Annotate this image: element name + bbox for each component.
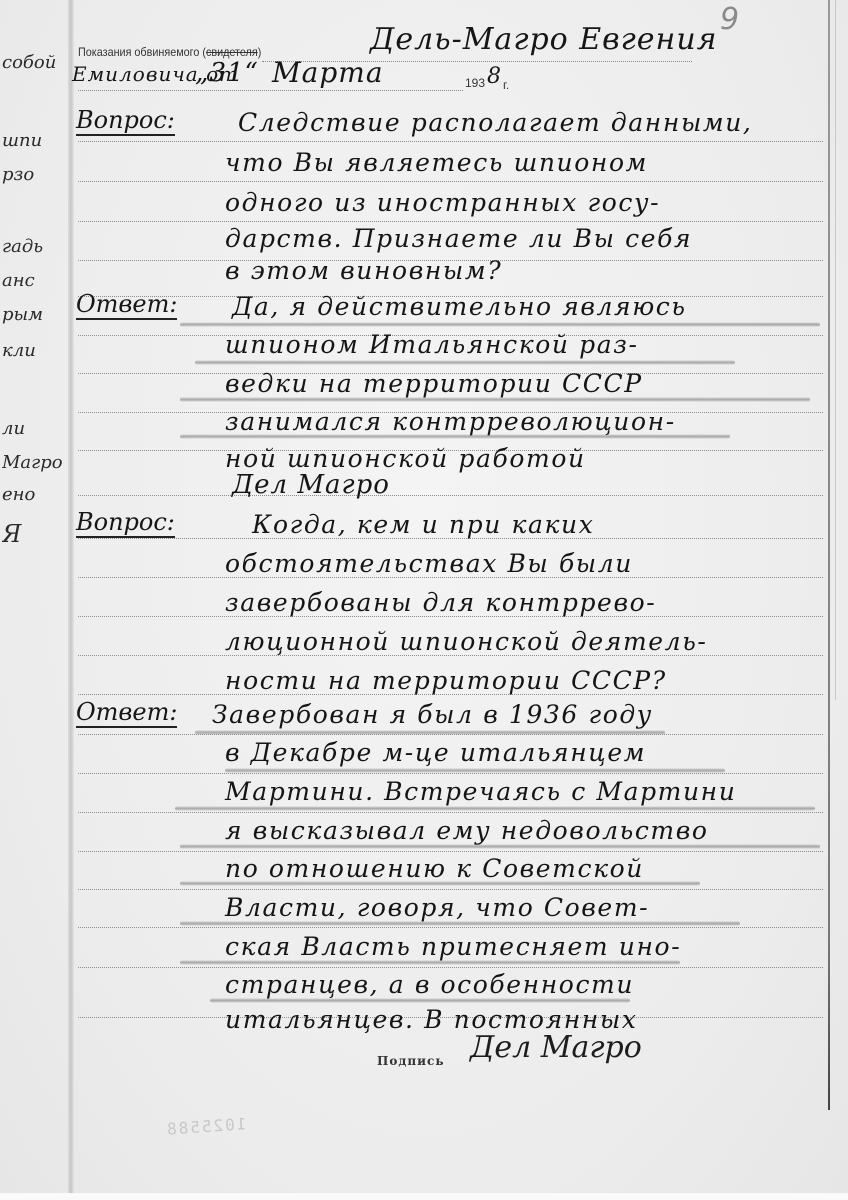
- pencil-underline: [225, 768, 725, 773]
- margin-fragment: рзо: [2, 164, 68, 185]
- right-margin-rule-faint: [835, 0, 836, 700]
- answer-label: Ответ:: [76, 698, 177, 726]
- text-line: Завербован я был в 1936 году: [212, 700, 653, 729]
- ruled-line: [78, 495, 823, 496]
- text-line: Власти, говоря, что Совет-: [225, 893, 649, 922]
- text-line: одного из иностранных госу-: [225, 188, 660, 217]
- text-line: я высказывал ему недовольство: [225, 816, 709, 845]
- ruled-line: [78, 851, 823, 852]
- pencil-underline: [175, 806, 815, 811]
- text-line: ская Власть притесняет ино-: [225, 932, 681, 961]
- pencil-underline: [180, 881, 700, 886]
- text-line: обстоятельствах Вы были: [225, 549, 633, 578]
- text-line: занимался контрреволюцион-: [225, 407, 676, 436]
- document-page: 9 собой шпи рзо гадь анс рым кли ли Магр…: [0, 0, 848, 1200]
- faint-stamp-number: 1025588: [164, 1114, 247, 1139]
- pencil-underline: [180, 921, 740, 926]
- text-line: завербованы для контррево-: [225, 588, 656, 617]
- text-line: ности на территории СССР?: [225, 666, 667, 695]
- ruled-line: [78, 90, 463, 91]
- pencil-underline: [180, 322, 820, 327]
- margin-fragment: ли: [2, 418, 68, 439]
- pencil-underline: [180, 960, 680, 965]
- question-label: Вопрос:: [76, 508, 175, 536]
- text-line: ной шпионской работой: [225, 444, 586, 473]
- form-header-label: Показания обвиняемого (свидетеля): [78, 45, 261, 59]
- text-line: по отношению к Советской: [225, 854, 644, 883]
- ruled-line: [78, 221, 823, 222]
- text-line: люционной шпионской деятель-: [225, 627, 707, 656]
- margin-fragment: ено: [2, 484, 68, 505]
- text-line: шпионом Итальянской раз-: [225, 330, 639, 359]
- year-suffix: г.: [503, 78, 509, 92]
- ruled-line: [78, 889, 823, 890]
- page-number: 9: [720, 2, 739, 37]
- text-line: в Декабре м-це итальянцем: [225, 738, 646, 767]
- pencil-underline: [180, 434, 730, 439]
- pencil-underline: [180, 397, 810, 402]
- date-day: „31“: [195, 58, 259, 88]
- page-bottom-edge: [0, 1193, 848, 1200]
- margin-fragment: Я: [2, 520, 68, 548]
- ruled-line: [78, 773, 823, 774]
- question-label: Вопрос:: [76, 106, 175, 134]
- ruled-line: [78, 812, 823, 813]
- ruled-line: [78, 967, 823, 968]
- footer-signature: Дел Магро: [470, 1030, 642, 1065]
- year-printed: 193: [465, 76, 485, 90]
- right-margin-rule: [828, 0, 830, 1110]
- text-line: ведки на территории СССР: [225, 369, 643, 398]
- ruled-line: [78, 141, 823, 142]
- pencil-underline: [195, 730, 665, 735]
- text-line: Когда, кем и при каких: [252, 510, 594, 539]
- inline-signature: Дел Магро: [232, 470, 390, 500]
- text-line: дарств. Признаете ли Вы себя: [225, 224, 692, 253]
- pencil-underline: [180, 844, 820, 849]
- text-line: Следствие располагает данными,: [238, 108, 752, 137]
- year-digit: 8: [487, 64, 501, 89]
- pencil-underline: [195, 360, 735, 365]
- signature-label: Подпись: [377, 1054, 444, 1068]
- text-line: странцев, а в особенности: [225, 970, 634, 999]
- defendant-name: Дель-Магро Евгения: [370, 22, 718, 57]
- margin-fragment: собой: [2, 52, 68, 73]
- ruled-line: [78, 181, 823, 182]
- margin-fragment: шпи: [2, 130, 68, 151]
- ruled-line: [78, 927, 823, 928]
- text-line: что Вы являетесь шпионом: [225, 148, 648, 177]
- margin-fragment: кли: [2, 340, 68, 361]
- margin-fragment: Магро: [2, 452, 68, 473]
- text-line: в этом виновным?: [225, 256, 502, 285]
- margin-fragment: гадь: [2, 236, 68, 257]
- margin-fragment: анс: [2, 270, 68, 291]
- answer-label: Ответ:: [76, 290, 177, 318]
- text-line: Да, я действительно являюсь: [232, 292, 687, 321]
- date-month: Марта: [272, 56, 384, 89]
- margin-fragment: рым: [2, 304, 68, 325]
- text-line: Мартини. Встречаясь с Мартини: [225, 777, 736, 806]
- pencil-underline: [210, 998, 630, 1003]
- struck-word: свидетеля: [206, 45, 258, 59]
- binding-shadow: [68, 0, 74, 1200]
